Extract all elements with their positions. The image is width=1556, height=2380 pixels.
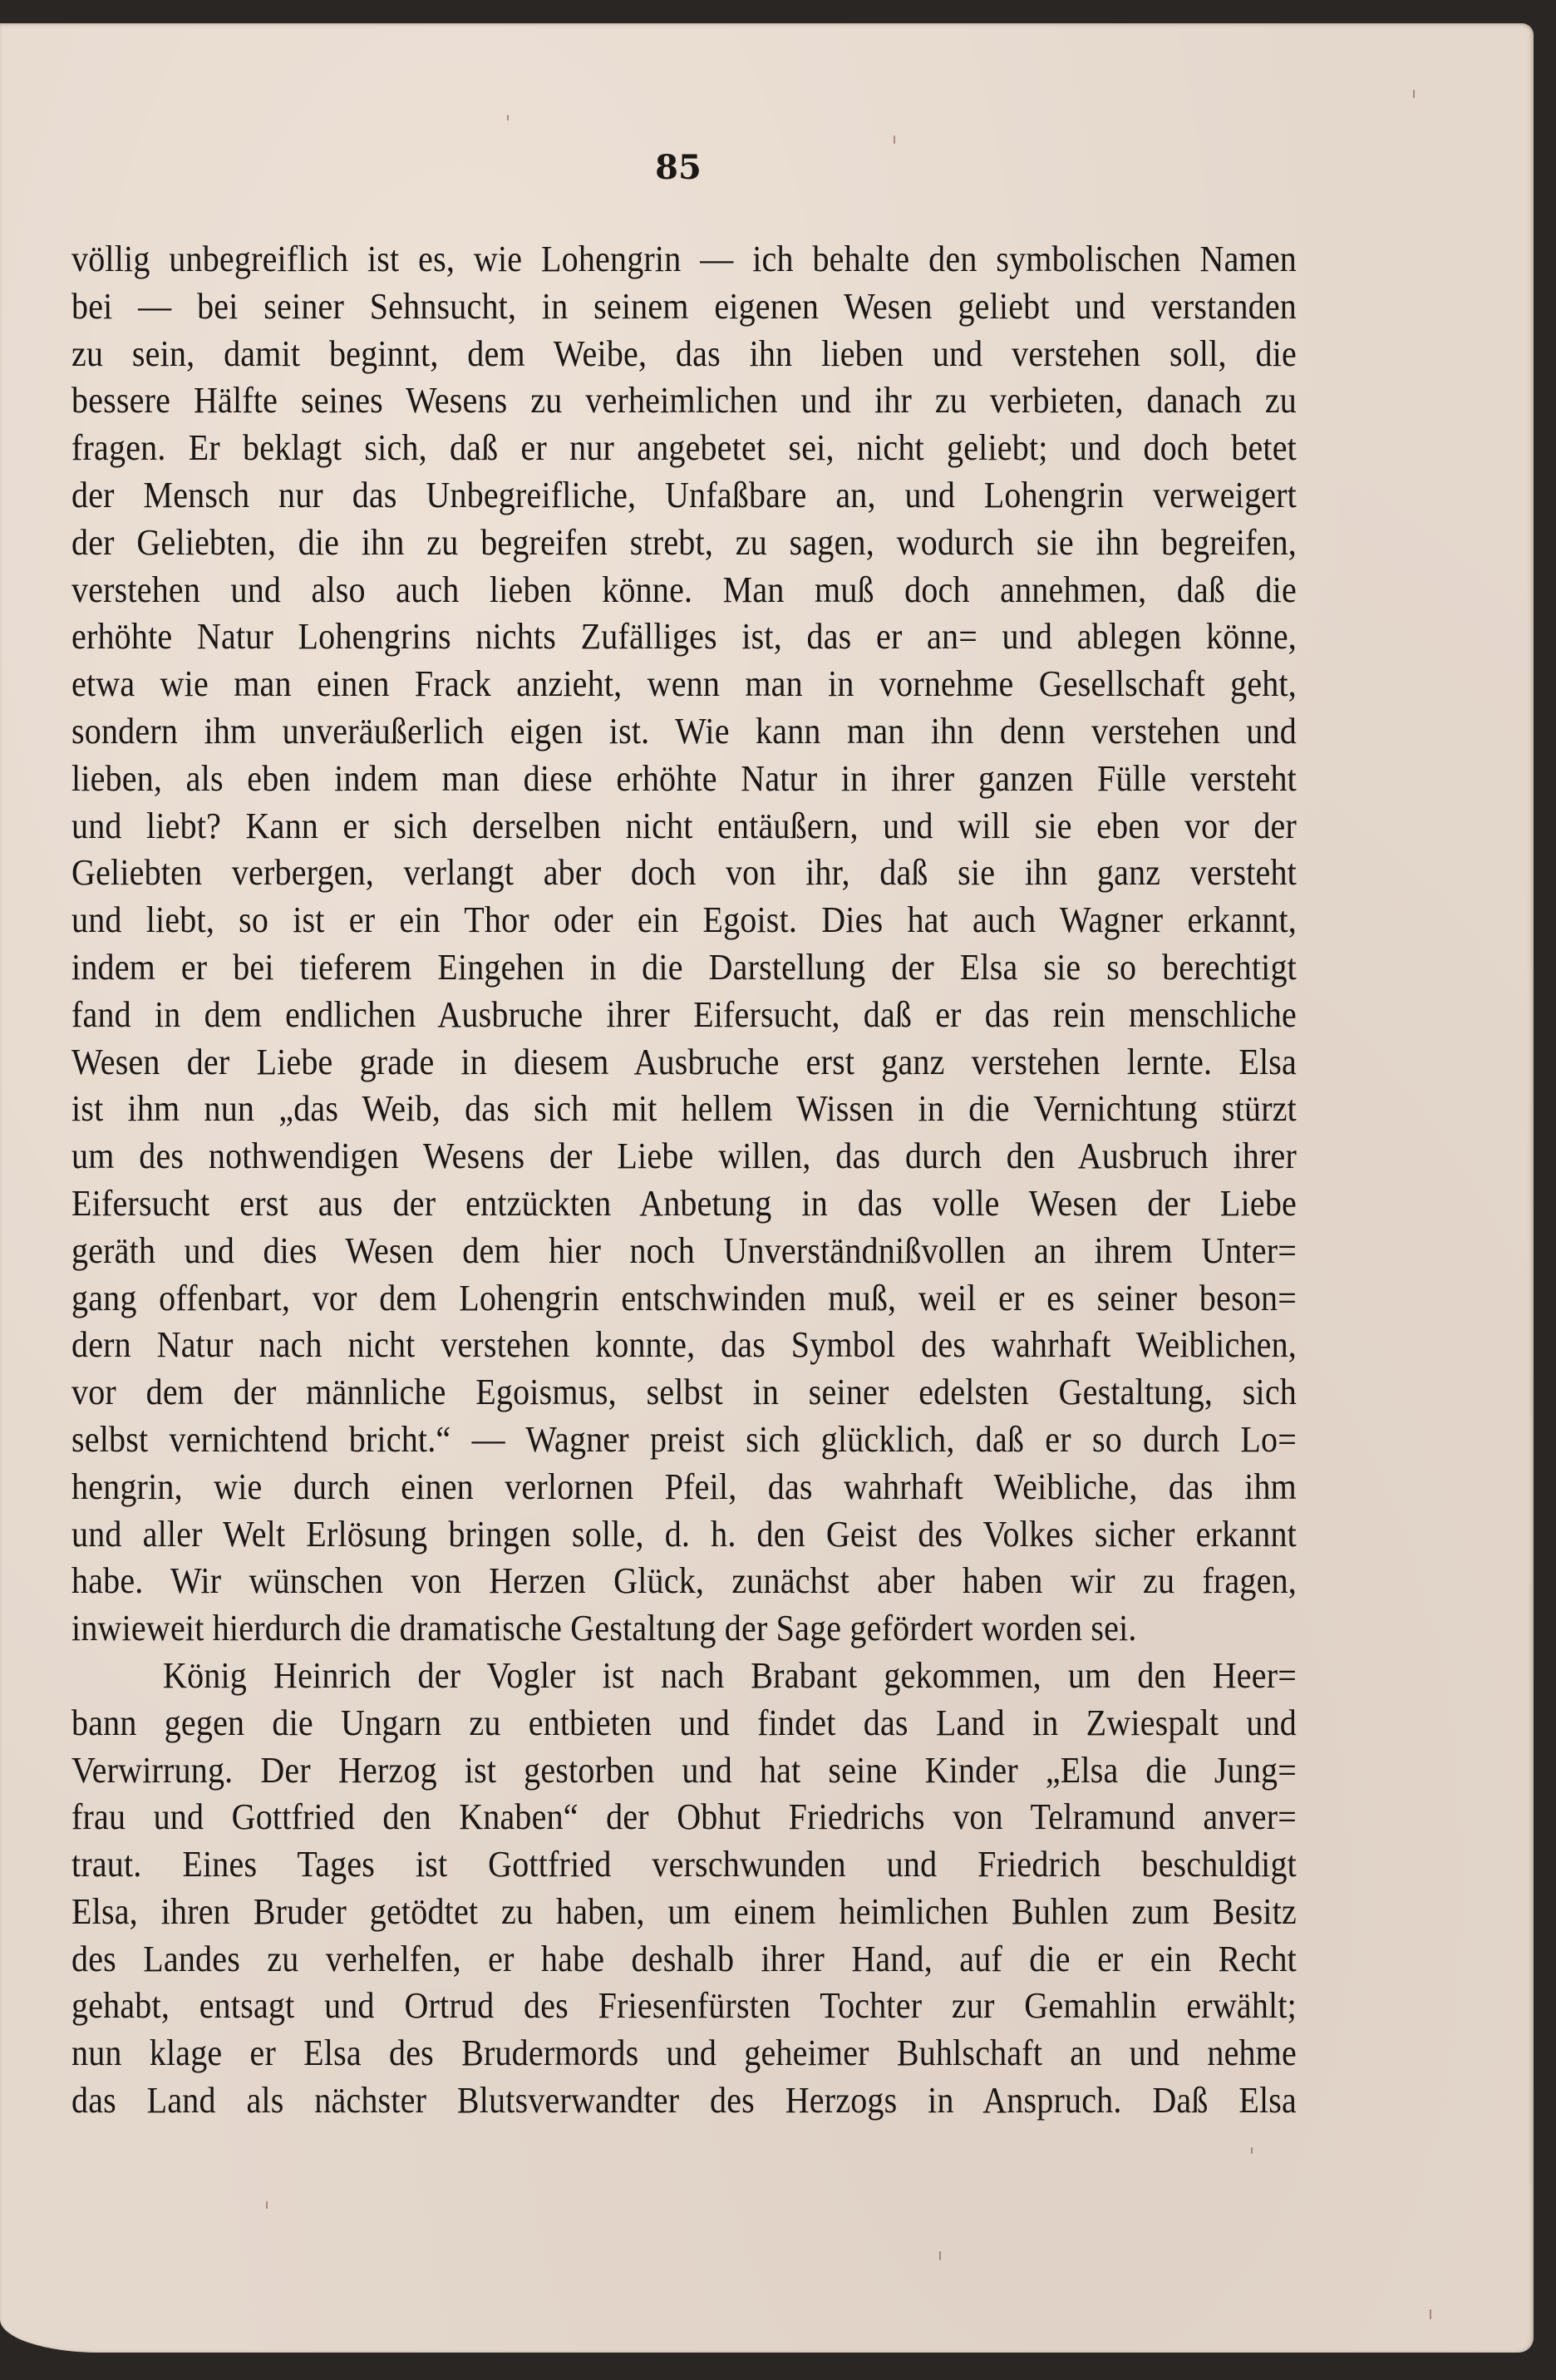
paper-fleck [939,2251,941,2260]
paper-fleck [266,2201,268,2209]
text-line: sondern ihm unveräußerlich eigen ist. Wi… [71,705,1297,758]
text-line: der Geliebten, die ihn zu begreifen stre… [71,516,1297,569]
text-line: nun klage er Elsa des Brudermords und ge… [71,2027,1297,2080]
text-line: bessere Hälfte seines Wesens zu verheiml… [71,374,1297,427]
text-line: das Land als nächster Blutsverwandter de… [71,2074,1297,2127]
text-line: des Landes zu verhelfen, er habe deshalb… [71,1933,1297,1986]
body-text: völlig unbegreiflich ist es, wie Lohengr… [71,236,1297,2125]
text-line: frau und Gottfried den Knaben“ der Obhut… [71,1791,1297,1844]
text-line: und liebt, so ist er ein Thor oder ein E… [71,894,1297,947]
book-page: 85 völlig unbegreiflich ist es, wie Lohe… [0,23,1534,2353]
text-line: um des nothwendigen Wesens der Liebe wil… [71,1130,1297,1183]
text-line: hengrin, wie durch einen verlornen Pfeil… [71,1461,1297,1514]
text-line: ist ihm nun „das Weib, das sich mit hell… [71,1082,1297,1136]
text-line: gehabt, entsagt und Ortrud des Friesenfü… [71,1979,1297,2033]
paper-fleck [894,136,895,144]
page-number: 85 [0,148,1357,187]
text-line: bann gegen die Ungarn zu entbieten und f… [71,1697,1297,1750]
text-line: indem er bei tieferem Eingehen in die Da… [71,941,1297,994]
paper-fleck [1430,2309,1431,2319]
text-line: geräth und dies Wesen dem hier noch Unve… [71,1224,1297,1278]
paper-fleck [1413,90,1415,98]
text-line: und liebt? Kann er sich derselben nicht … [71,799,1297,852]
text-line: bei — bei seiner Sehnsucht, in seinem ei… [71,280,1297,333]
text-line: dern Natur nach nicht verstehen konnte, … [71,1318,1297,1372]
text-line: erhöhte Natur Lohengrins nichts Zufällig… [71,610,1297,663]
text-line: Geliebten verbergen, verlangt aber doch … [71,846,1297,899]
text-line: vor dem der männliche Egoismus, selbst i… [71,1366,1297,1419]
text-line: Verwirrung. Der Herzog ist gestorben und… [71,1743,1297,1796]
paragraph-end-line: inwieweit hierdurch die dramatische Gest… [71,1602,1297,1655]
text-line: verstehen und also auch lieben könne. Ma… [71,563,1297,616]
paragraph-start-line: König Heinrich der Vogler ist nach Braba… [71,1649,1297,1702]
text-line: der Mensch nur das Unbegreifliche, Unfaß… [71,469,1297,522]
text-line: fand in dem endlichen Ausbruche ihrer Ei… [71,988,1297,1042]
text-line: traut. Eines Tages ist Gottfried verschw… [71,1838,1297,1891]
text-line: habe. Wir wünschen von Herzen Glück, zun… [71,1555,1297,1608]
text-line: gang offenbart, vor dem Lohengrin entsch… [71,1271,1297,1324]
text-line: und aller Welt Erlösung bringen solle, d… [71,1507,1297,1560]
text-line: Elsa, ihren Bruder getödtet zu haben, um… [71,1885,1297,1939]
text-line: zu sein, damit beginnt, dem Weibe, das i… [71,328,1297,381]
text-line: fragen. Er beklagt sich, daß er nur ange… [71,421,1297,475]
text-line: etwa wie man einen Frack anzieht, wenn m… [71,658,1297,711]
paper-fleck [1251,2147,1253,2154]
paper-fleck [507,115,509,121]
text-line: selbst vernichtend bricht.“ — Wagner pre… [71,1413,1297,1466]
text-line: lieben, als eben indem man diese erhöhte… [71,752,1297,806]
text-line: Eifersucht erst aus der entzückten Anbet… [71,1177,1297,1230]
text-line: völlig unbegreiflich ist es, wie Lohengr… [71,233,1297,286]
text-line: Wesen der Liebe grade in diesem Ausbruch… [71,1035,1297,1088]
